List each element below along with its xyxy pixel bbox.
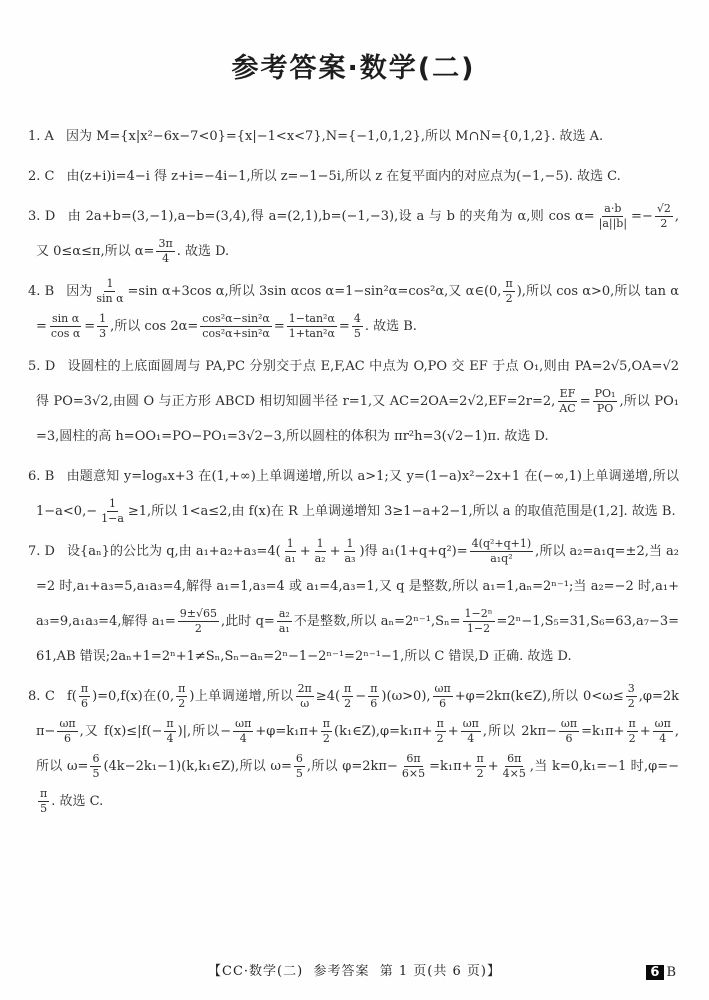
footer: 【CC·数学(二) 参考答案 第 1 页(共 6 页)】 6B [0, 960, 709, 980]
fraction: π2 [435, 717, 446, 746]
fraction: 3π4 [156, 237, 174, 266]
answer-text: 因为 M={x|x²−6x−7<0}={x|−1<x<7},N={−1,0,1,… [66, 129, 603, 144]
footer-text: 【CC·数学(二) 参考答案 第 1 页(共 6 页)】 [208, 964, 501, 979]
fraction: a₂a₁ [277, 607, 292, 636]
answer-item: 1. A因为 M={x|x²−6x−7<0}={x|−1<x<7},N={−1,… [28, 119, 679, 154]
page-code: 6B [646, 965, 677, 980]
answer-item: 4. B因为1sin α=sin α+3cos α,所以 3sin αcos α… [28, 274, 679, 344]
fraction: √22 [655, 202, 673, 231]
answer-label: 6. B [28, 469, 54, 484]
answer-label: 1. A [28, 129, 54, 144]
fraction: 4(q²+q+1)a₁q² [470, 537, 534, 566]
fraction: ωπ4 [653, 717, 673, 746]
page-code-suffix: B [666, 965, 677, 980]
answer-text: f(π6)=0,f(x)在(0,π2)上单调递增,所以2πω≥4(π2−π6)(… [36, 689, 679, 809]
page-code-box: 6 [646, 965, 664, 980]
answer-label: 2. C [28, 169, 54, 184]
fraction: 6π6×5 [400, 752, 427, 781]
fraction: 2πω [296, 682, 314, 711]
answer-text: 由(z+i)i=4−i 得 z+i=−4i−1,所以 z=−1−5i,所以 z … [66, 169, 620, 184]
fraction: 1−tan²α1+tan²α [287, 312, 337, 341]
fraction: PO₁PO [593, 387, 618, 416]
fraction: sin αcos α [49, 312, 82, 341]
page-title: 参考答案·数学(二) [28, 0, 679, 119]
fraction: 45 [352, 312, 363, 341]
answer-text: 由 2a+b=(3,−1),a−b=(3,4),得 a=(2,1),b=(−1,… [36, 209, 679, 259]
fraction: 65 [90, 752, 101, 781]
fraction: π6 [79, 682, 90, 711]
fraction: π2 [342, 682, 353, 711]
fraction: ωπ6 [433, 682, 453, 711]
answer-label: 3. D [28, 209, 55, 224]
answer-item: 8. Cf(π6)=0,f(x)在(0,π2)上单调递增,所以2πω≥4(π2−… [28, 679, 679, 819]
fraction: π2 [627, 717, 638, 746]
fraction: 11−a [99, 497, 126, 526]
fraction: π2 [176, 682, 187, 711]
answer-item: 3. D由 2a+b=(3,−1),a−b=(3,4),得 a=(2,1),b=… [28, 199, 679, 269]
answer-label: 5. D [28, 359, 55, 374]
fraction: 13 [97, 312, 108, 341]
fraction: 6π4×5 [501, 752, 528, 781]
answer-text: 设{aₙ}的公比为 q,由 a₁+a₂+a₃=4(1a₁+1a₂+1a₃)得 a… [36, 544, 679, 664]
answer-text: 因为1sin α=sin α+3cos α,所以 3sin αcos α=1−s… [36, 284, 679, 334]
fraction: ωπ4 [233, 717, 253, 746]
answer-item: 5. D设圆柱的上底面圆周与 PA,PC 分别交于点 E,F,AC 中点为 O,… [28, 349, 679, 454]
document-page: 参考答案·数学(二) 1. A因为 M={x|x²−6x−7<0}={x|−1<… [0, 0, 709, 1000]
fraction: a·b|a||b| [597, 202, 629, 231]
answer-label: 8. C [28, 689, 55, 704]
fraction: π5 [38, 787, 49, 816]
answer-label: 7. D [28, 544, 55, 559]
fraction: π2 [503, 277, 514, 306]
fraction: ωπ6 [57, 717, 77, 746]
fraction: π4 [164, 717, 175, 746]
fraction: 1sin α [94, 277, 125, 306]
fraction: 9±√652 [178, 607, 219, 636]
fraction: ωπ4 [461, 717, 481, 746]
answer-label: 4. B [28, 284, 54, 299]
fraction: π2 [475, 752, 486, 781]
fraction: 1a₁ [283, 537, 298, 566]
fraction: π2 [321, 717, 332, 746]
answer-text: 设圆柱的上底面圆周与 PA,PC 分别交于点 E,F,AC 中点为 O,PO 交… [36, 359, 679, 444]
fraction: 1a₂ [313, 537, 328, 566]
answer-item: 7. D设{aₙ}的公比为 q,由 a₁+a₂+a₃=4(1a₁+1a₂+1a₃… [28, 534, 679, 674]
fraction: 65 [294, 752, 305, 781]
answer-item: 2. C由(z+i)i=4−i 得 z+i=−4i−1,所以 z=−1−5i,所… [28, 159, 679, 194]
fraction: EFAC [557, 387, 577, 416]
answer-list: 1. A因为 M={x|x²−6x−7<0}={x|−1<x<7},N={−1,… [28, 119, 679, 819]
fraction: 32 [626, 682, 637, 711]
answer-item: 6. B由题意知 y=logₐx+3 在(1,+∞)上单调递增,所以 a>1;又… [28, 459, 679, 529]
answer-text: 由题意知 y=logₐx+3 在(1,+∞)上单调递增,所以 a>1;又 y=(… [36, 469, 679, 519]
fraction: 1−2ⁿ1−2 [463, 607, 495, 636]
fraction: π6 [368, 682, 379, 711]
fraction: cos²α−sin²αcos²α+sin²α [200, 312, 272, 341]
fraction: 1a₃ [343, 537, 358, 566]
fraction: ωπ6 [559, 717, 579, 746]
